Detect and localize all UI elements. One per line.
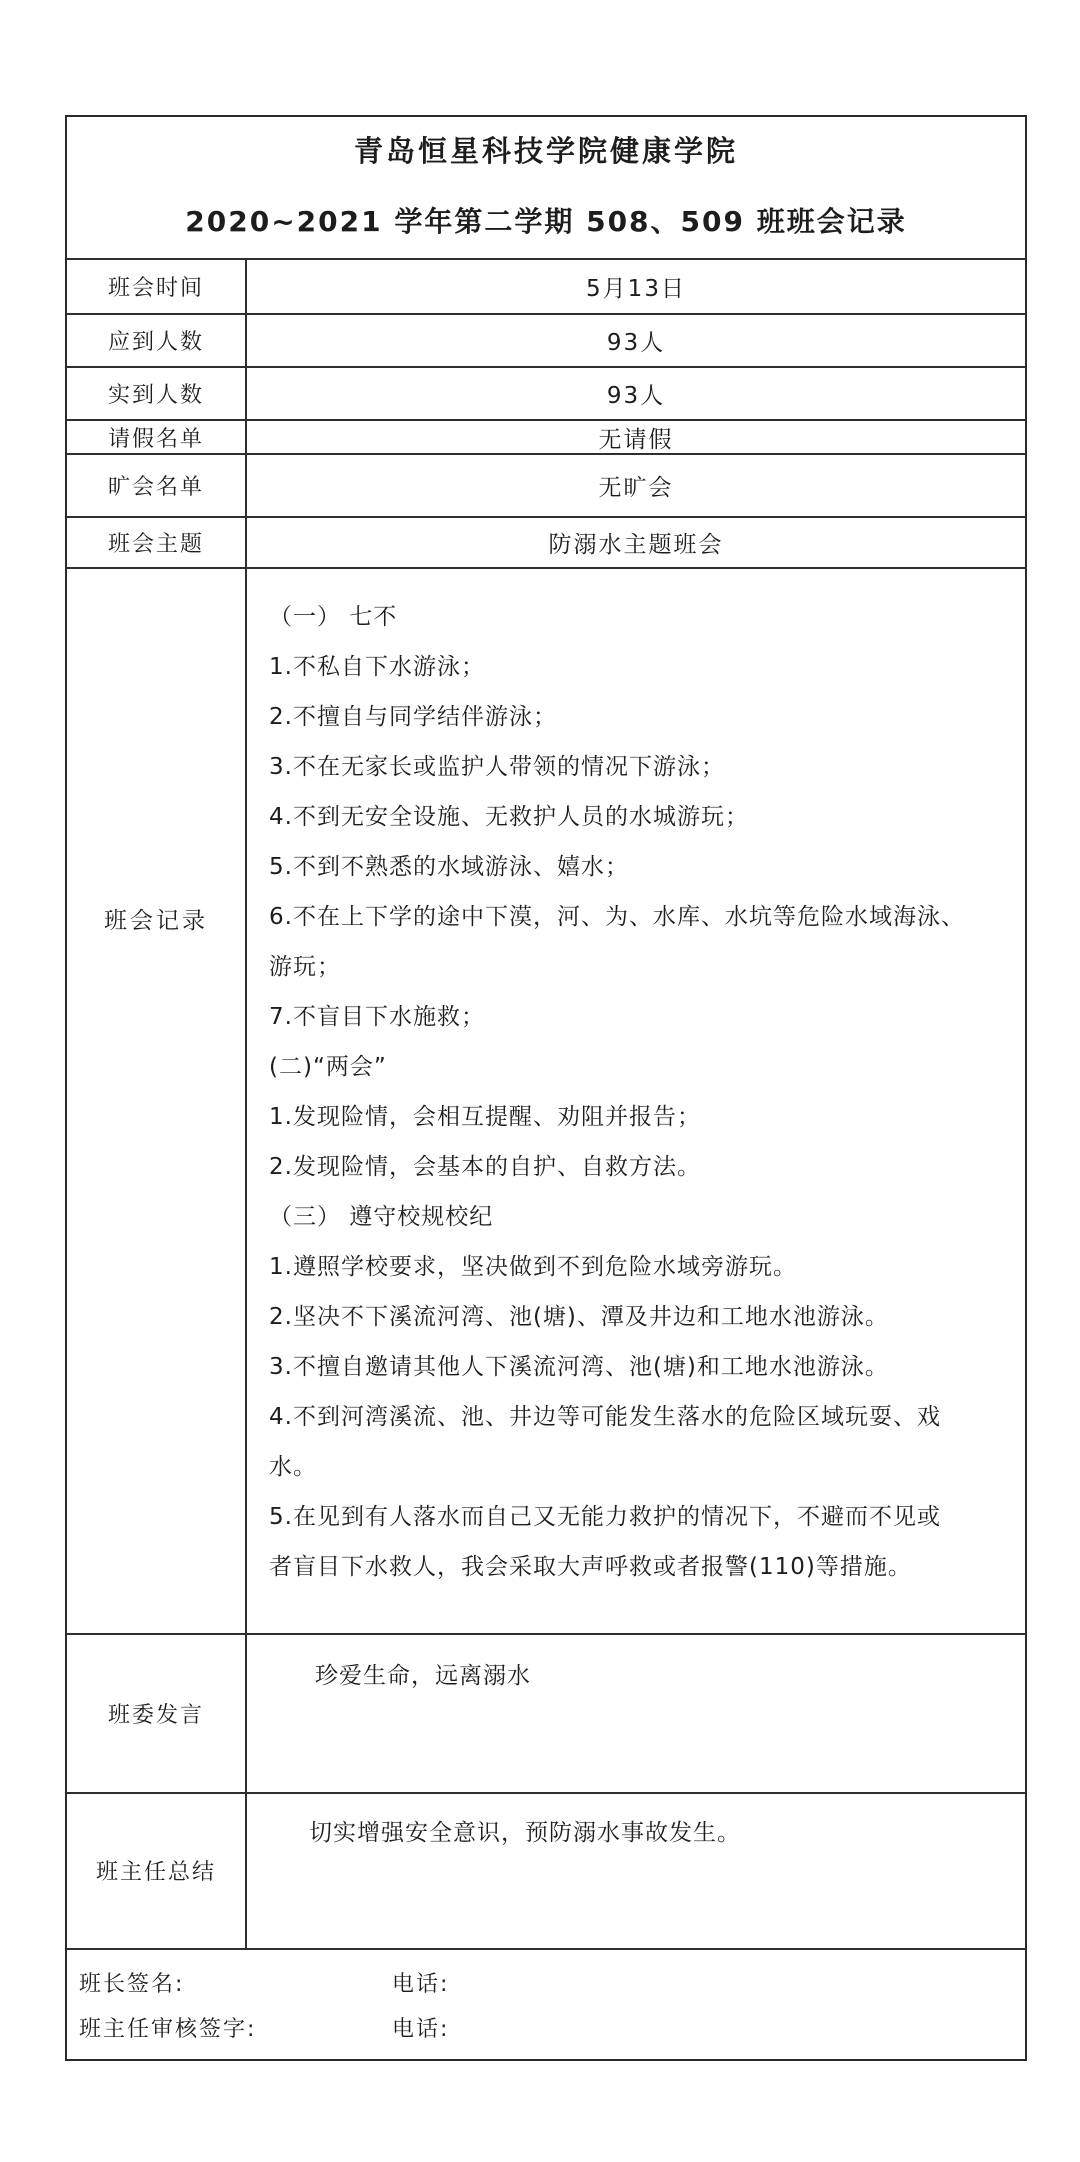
record-line: 2.不擅自与同学结伴游泳； xyxy=(269,689,997,739)
record-line: 4.不到无安全设施、无救护人员的水城游玩； xyxy=(269,789,997,839)
row-leave-list: 请假名单 无请假 xyxy=(67,421,1025,455)
record-line: 3.不擅自邀请其他人下溪流河湾、池(塘)和工地水池游泳。 xyxy=(269,1339,997,1389)
monitor-signature-line: 班长签名: 电话: xyxy=(79,1960,1025,2005)
teacher-phone-label: 电话: xyxy=(392,2012,449,2043)
teacher-signature-line: 班主任审核签字: 电话: xyxy=(79,2005,1025,2050)
meeting-record-table: 青岛恒星科技学院健康学院 2020~2021 学年第二学期 508、509 班班… xyxy=(65,115,1027,2061)
record-line: 2.坚决不下溪流河湾、池(塘)、潭及井边和工地水池游泳。 xyxy=(269,1289,997,1339)
row-actual-count: 实到人数 93人 xyxy=(67,368,1025,421)
record-line: 5.在见到有人落水而自己又无能力救护的情况下，不避而不见或 xyxy=(269,1489,997,1539)
record-line: 者盲目下水救人，我会采取大声呼救或者报警(110)等措施。 xyxy=(269,1539,997,1589)
meeting-record-content: （一） 七不 1.不私自下水游泳； 2.不擅自与同学结伴游泳； 3.不在无家长或… xyxy=(247,569,1025,1633)
record-line: (二)“两会” xyxy=(269,1039,997,1089)
record-line: 3.不在无家长或监护人带领的情况下游泳； xyxy=(269,739,997,789)
monitor-sign-label: 班长签名: xyxy=(79,1967,392,1998)
meeting-time-value: 5月13日 xyxy=(247,260,1025,313)
record-line: 2.发现险情，会基本的自护、自救方法。 xyxy=(269,1139,997,1189)
row-teacher-summary: 班主任总结 切实增强安全意识，预防溺水事故发生。 xyxy=(67,1794,1025,1951)
teacher-sign-label: 班主任审核签字: xyxy=(79,2012,392,2043)
row-meeting-time: 班会时间 5月13日 xyxy=(67,260,1025,315)
leave-list-label: 请假名单 xyxy=(67,421,247,453)
meeting-topic-label: 班会主题 xyxy=(67,518,247,567)
record-line: 水。 xyxy=(269,1439,997,1489)
meeting-topic-value: 防溺水主题班会 xyxy=(247,518,1025,567)
expected-count-label: 应到人数 xyxy=(67,315,247,367)
teacher-summary-label: 班主任总结 xyxy=(67,1794,247,1949)
absent-list-value: 无旷会 xyxy=(247,455,1025,516)
row-absent-list: 旷会名单 无旷会 xyxy=(67,455,1025,518)
record-line: 1.不私自下水游泳； xyxy=(269,639,997,689)
page: 青岛恒星科技学院健康学院 2020~2021 学年第二学期 508、509 班班… xyxy=(0,0,1080,2162)
row-meeting-record: 班会记录 （一） 七不 1.不私自下水游泳； 2.不擅自与同学结伴游泳； 3.不… xyxy=(67,569,1025,1635)
record-line: 5.不到不熟悉的水域游泳、嬉水； xyxy=(269,839,997,889)
meeting-time-label: 班会时间 xyxy=(67,260,247,313)
actual-count-label: 实到人数 xyxy=(67,368,247,419)
record-line: 7.不盲目下水施救； xyxy=(269,989,997,1039)
teacher-summary-content: 切实增强安全意识，预防溺水事故发生。 xyxy=(247,1794,1025,1949)
expected-count-value: 93人 xyxy=(247,315,1025,367)
actual-count-value: 93人 xyxy=(247,368,1025,419)
record-line: 4.不到河湾溪流、池、井边等可能发生落水的危险区域玩耍、戏 xyxy=(269,1389,997,1439)
record-line: 1.遵照学校要求，坚决做到不到危险水域旁游玩。 xyxy=(269,1239,997,1289)
record-line: 1.发现险情，会相互提醒、劝阻并报告； xyxy=(269,1089,997,1139)
monitor-phone-label: 电话: xyxy=(392,1967,449,1998)
record-line: （一） 七不 xyxy=(269,589,997,639)
record-line: （三） 遵守校规校纪 xyxy=(269,1189,997,1239)
record-line: 6.不在上下学的途中下漠，河、为、水库、水坑等危险水域海泳、 xyxy=(269,889,997,939)
committee-speech-content: 珍爱生命，远离溺水 xyxy=(247,1635,1025,1792)
meeting-record-label: 班会记录 xyxy=(67,569,247,1633)
row-expected-count: 应到人数 93人 xyxy=(67,315,1025,369)
document-subtitle: 2020~2021 学年第二学期 508、509 班班会记录 xyxy=(185,200,906,240)
record-line: 游玩； xyxy=(269,939,997,989)
title-block: 青岛恒星科技学院健康学院 2020~2021 学年第二学期 508、509 班班… xyxy=(67,117,1025,260)
leave-list-value: 无请假 xyxy=(247,421,1025,453)
row-meeting-topic: 班会主题 防溺水主题班会 xyxy=(67,518,1025,569)
absent-list-label: 旷会名单 xyxy=(67,455,247,516)
document-title: 青岛恒星科技学院健康学院 xyxy=(354,129,738,170)
committee-speech-label: 班委发言 xyxy=(67,1635,247,1792)
signature-section: 班长签名: 电话: 班主任审核签字: 电话: xyxy=(67,1950,1025,2059)
row-committee-speech: 班委发言 珍爱生命，远离溺水 xyxy=(67,1635,1025,1794)
